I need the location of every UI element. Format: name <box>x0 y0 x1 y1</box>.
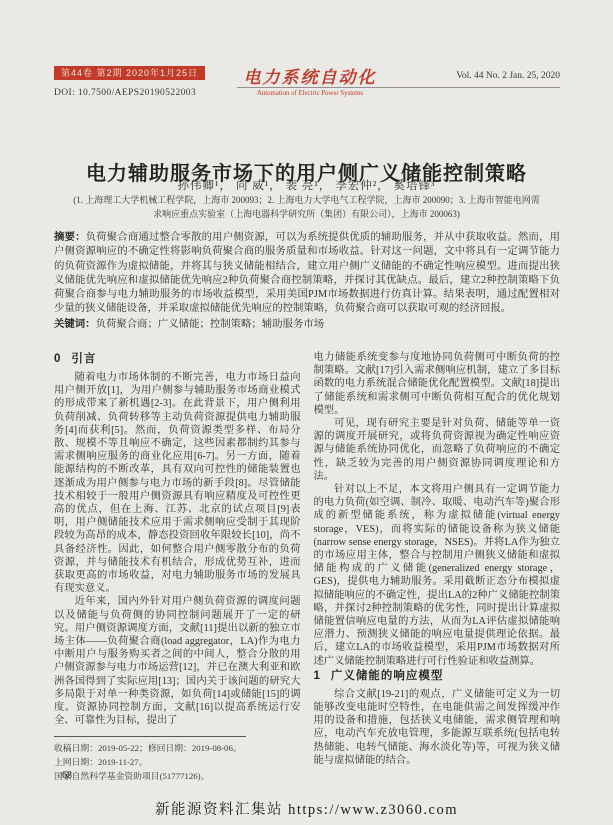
keywords-label: 关键词： <box>54 319 96 330</box>
right-column: 电力储能系统变参与度地协同负荷侧可中断负荷的控制策略。文献[17]引入需求侧响应… <box>314 351 561 784</box>
doi-text: DOI: 10.7500/AEPS20190522003 <box>54 88 196 98</box>
footnote-funding: 国家自然科学基金资助项目(51777126)。 <box>54 770 246 784</box>
issue-badge: 第44卷 第2期 2020年1月25日 <box>54 66 205 80</box>
body-paragraph: 综合文献[19-21]的观点，广义储能可定义为一切能够改变电能时空特性，在电能供… <box>314 688 561 767</box>
author-line: 孙伟卿¹， 向 威¹， 裴 亮¹， 李宏仲²， 奚培锋³ <box>0 177 613 193</box>
journal-logo: 电力系统自动化 <box>230 63 390 88</box>
abstract-text: 负荷聚合商通过整合零散的用户侧资源，可以为系统提供优质的辅助服务，并从中获取收益… <box>54 232 560 314</box>
journal-page: 第44卷 第2期 2020年1月25日 DOI: 10.7500/AEPS201… <box>0 0 613 825</box>
section-number: 1 <box>314 670 321 682</box>
body-columns: 0引言 随着电力市场体制的不断完善，电力市场日益向用户侧开放[1]，为用户侧参与… <box>54 351 560 784</box>
body-paragraph: 电力储能系统变参与度地协同负荷侧可中断负荷的控制策略。文献[17]引入需求侧响应… <box>314 351 561 417</box>
left-column: 0引言 随着电力市场体制的不断完善，电力市场日益向用户侧开放[1]，为用户侧参与… <box>54 351 301 784</box>
affiliations: (1. 上海理工大学机械工程学院，上海市 200093；2. 上海电力大学电气工… <box>58 194 555 221</box>
page-number: 68 <box>62 770 72 781</box>
section-heading-0: 0引言 <box>54 352 301 366</box>
section-title: 广义储能的响应模型 <box>331 670 444 682</box>
footnote-dates: 收稿日期：2019-05-22；修回日期：2019-08-06。 <box>54 742 246 756</box>
affiliation-line-1: (1. 上海理工大学机械工程学院，上海市 200093；2. 上海电力大学电气工… <box>58 194 555 208</box>
body-paragraph: 可见，现有研究主要是针对负荷、储能等单一资源的调度开展研究，或将负荷资源视为确定… <box>314 417 561 483</box>
section-number: 0 <box>54 353 61 365</box>
affiliation-line-2: 求响应重点实验室（上海电器科学研究所（集团）有限公司），上海市 200063) <box>58 208 555 222</box>
abstract-label: 摘要： <box>54 232 86 243</box>
body-paragraph: 针对以上不足，本文将用户侧具有一定调节能力的电力负荷(如空调、制冷、取暖、电动汽… <box>314 483 561 668</box>
footnote-online-date: 上网日期：2019-11-27。 <box>54 756 246 770</box>
abstract-block: 摘要：负荷聚合商通过整合零散的用户侧资源，可以为系统提供优质的辅助服务，并从中获… <box>54 231 560 332</box>
body-paragraph: 近年来，国内外针对用户侧负荷资源的调度问题以及储能与负荷侧的协同控制问题展开了一… <box>54 595 301 727</box>
watermark: 新能源资料汇集站 https://www.z3060.com <box>0 798 613 819</box>
footnote-block: 收稿日期：2019-05-22；修回日期：2019-08-06。 上网日期：20… <box>54 736 246 783</box>
body-paragraph: 随着电力市场体制的不断完善，电力市场日益向用户侧开放[1]，为用户侧参与辅助服务… <box>54 371 301 595</box>
keywords-line: 关键词：负荷聚合商；广义储能；控制策略；辅助服务市场 <box>54 318 560 332</box>
keywords-text: 负荷聚合商；广义储能；控制策略；辅助服务市场 <box>96 319 325 330</box>
section-heading-1: 1广义储能的响应模型 <box>314 669 561 683</box>
header-rule <box>237 87 560 88</box>
volume-info: Vol. 44 No. 2 Jan. 25, 2020 <box>456 71 560 81</box>
abstract-paragraph: 摘要：负荷聚合商通过整合零散的用户侧资源，可以为系统提供优质的辅助服务，并从中获… <box>54 231 560 317</box>
journal-subtitle: Automation of Electric Power Systems <box>215 90 405 97</box>
section-title: 引言 <box>71 353 96 365</box>
